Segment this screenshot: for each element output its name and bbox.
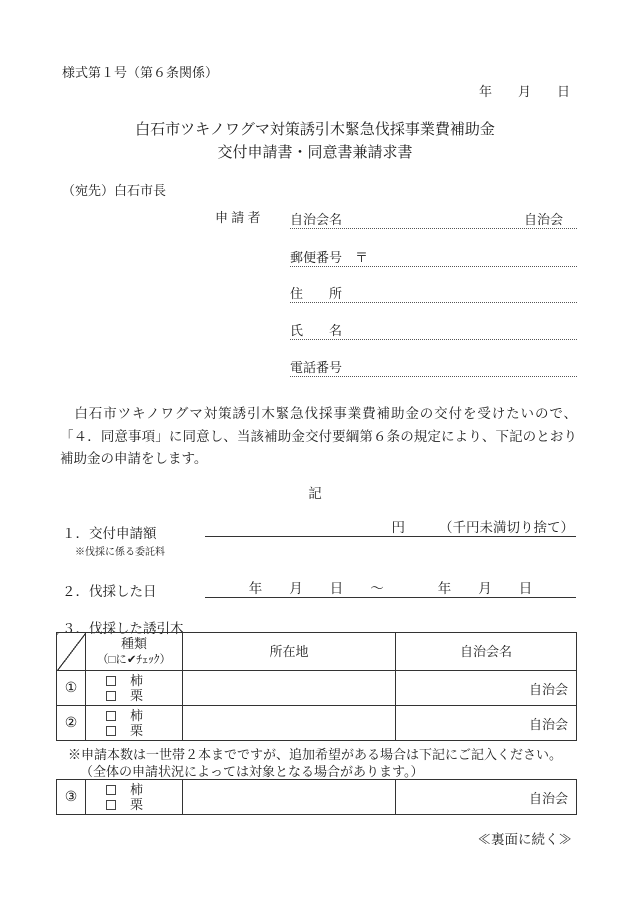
field-address: 住 所 xyxy=(290,280,577,303)
checkbox-row2-kuri[interactable] xyxy=(106,726,116,736)
item2-date-range: 年 月 日 ～ 年 月 日 xyxy=(205,577,576,597)
document-title-line2: 交付申請書・同意書兼請求書 xyxy=(0,142,630,165)
row1-number: ① xyxy=(57,671,86,706)
item1-label: １．交付申請額 xyxy=(62,522,157,542)
application-form-page: 様式第１号（第６条関係） 年 月 日 白石市ツキノワグマ対策誘引木緊急伐採事業費… xyxy=(0,0,630,903)
item2-date-line[interactable]: 年 月 日 ～ 年 月 日 xyxy=(205,576,576,598)
field-postal-code-input[interactable] xyxy=(368,244,577,266)
field-address-input[interactable] xyxy=(342,280,577,302)
row2-option-kuri-label: 栗 xyxy=(130,723,143,738)
row2-option-kuri: 栗 xyxy=(106,723,182,738)
checkbox-row3-kuri[interactable] xyxy=(106,800,116,810)
row1-association[interactable]: 自治会 xyxy=(396,671,577,706)
field-name: 氏 名 xyxy=(290,317,577,340)
header-type-sub: （□に✔ﾁｪｯｸ） xyxy=(86,652,182,668)
field-phone-input[interactable] xyxy=(342,354,577,376)
item1-amount-line: 円 （千円未満切り捨て） xyxy=(205,515,576,537)
checkbox-row2-kaki[interactable] xyxy=(106,711,116,721)
item1-rounding-note: （千円未満切り捨て） xyxy=(439,516,576,536)
row3-type-options: 柿 栗 xyxy=(86,780,183,815)
table-row-2: ② 柿 栗 自治会 xyxy=(57,706,577,741)
row3-location-input[interactable] xyxy=(183,780,396,815)
body-paragraph: 白石市ツキノワグマ対策誘引木緊急伐採事業費補助金の交付を受けたいので、「４．同意… xyxy=(60,403,577,471)
addressee: （宛先）白石市長 xyxy=(62,180,166,199)
row2-type-options: 柿 栗 xyxy=(86,706,183,741)
continue-on-back-note: ≪裏面に続く≫ xyxy=(478,828,573,848)
row3-option-kuri: 栗 xyxy=(106,797,182,812)
row3-option-kaki: 柿 xyxy=(106,782,182,797)
checkbox-row1-kuri[interactable] xyxy=(106,691,116,701)
field-phone-label: 電話番号 xyxy=(290,359,342,376)
extra-tree-table: ③ 柿 栗 自治会 xyxy=(56,779,577,815)
row2-option-kaki-label: 柿 xyxy=(130,708,143,723)
field-name-input[interactable] xyxy=(342,317,577,339)
row2-option-kaki: 柿 xyxy=(106,708,182,723)
item1-unit: 円 xyxy=(392,516,406,536)
field-association-name-label: 自治会名 xyxy=(290,211,342,228)
header-type-main: 種類 xyxy=(86,636,182,652)
row3-option-kuri-label: 栗 xyxy=(130,797,143,812)
table-row-3: ③ 柿 栗 自治会 xyxy=(57,780,577,815)
checkbox-row3-kaki[interactable] xyxy=(106,785,116,795)
row2-location-input[interactable] xyxy=(183,706,396,741)
row1-location-input[interactable] xyxy=(183,671,396,706)
field-association-name-suffix: 自治会 xyxy=(524,211,577,228)
header-association: 自治会名 xyxy=(396,633,577,671)
field-postal-code-label: 郵便番号 〒 xyxy=(290,249,368,266)
header-type: 種類 （□に✔ﾁｪｯｸ） xyxy=(86,633,183,671)
checkbox-row1-kaki[interactable] xyxy=(106,676,116,686)
field-name-label: 氏 名 xyxy=(290,322,342,339)
document-title: 白石市ツキノワグマ対策誘引木緊急伐採事業費補助金 交付申請書・同意書兼請求書 xyxy=(0,119,630,165)
item1-amount-input[interactable] xyxy=(205,515,392,536)
row1-type-options: 柿 栗 xyxy=(86,671,183,706)
row1-option-kaki: 柿 xyxy=(106,673,182,688)
row1-option-kuri-label: 栗 xyxy=(130,688,143,703)
field-association-name: 自治会名 自治会 xyxy=(290,206,577,229)
note-eligibility: （全体の申請状況によっては対象となる場合があります。） xyxy=(80,761,423,780)
row2-number: ② xyxy=(57,706,86,741)
table-row-1: ① 柿 栗 自治会 xyxy=(57,671,577,706)
row1-option-kuri: 栗 xyxy=(106,688,182,703)
applicant-label: 申 請 者 xyxy=(215,207,261,226)
document-title-line1: 白石市ツキノワグマ対策誘引木緊急伐採事業費補助金 xyxy=(0,119,630,142)
item2-label: ２．伐採した日 xyxy=(62,580,157,600)
header-location: 所在地 xyxy=(183,633,396,671)
form-number: 様式第１号（第６条関係） xyxy=(62,62,218,81)
diagonal-header-cell xyxy=(57,633,86,671)
row3-number: ③ xyxy=(57,780,86,815)
field-address-label: 住 所 xyxy=(290,285,342,302)
ki-marker: 記 xyxy=(0,482,630,502)
field-phone: 電話番号 xyxy=(290,354,577,377)
row3-option-kaki-label: 柿 xyxy=(130,782,143,797)
field-postal-code: 郵便番号 〒 xyxy=(290,244,577,267)
item1-sub-note: ※伐採に係る委託料 xyxy=(75,543,165,558)
field-association-name-input[interactable] xyxy=(342,206,524,228)
row2-association[interactable]: 自治会 xyxy=(396,706,577,741)
date-line: 年 月 日 xyxy=(479,81,570,100)
row3-association[interactable]: 自治会 xyxy=(396,780,577,815)
felled-trees-table: 種類 （□に✔ﾁｪｯｸ） 所在地 自治会名 ① 柿 栗 自治会 ② xyxy=(56,632,577,741)
row1-option-kaki-label: 柿 xyxy=(130,673,143,688)
